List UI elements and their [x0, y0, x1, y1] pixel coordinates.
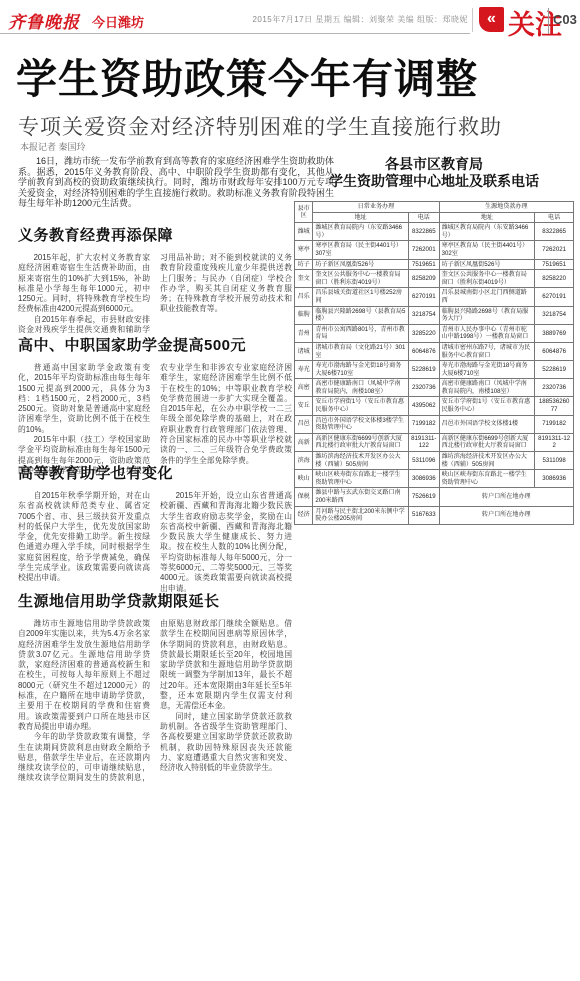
loan-address-cell: 奎文区公共服务中心一楼教育局窗口（胜利东街4019号） — [439, 270, 535, 288]
loan-merged-cell: 转户口所在地办理 — [439, 488, 573, 506]
byline: 本报记者 秦国玲 — [20, 140, 86, 153]
loan-address-cell: 高密市健康路南口（凤城中学南教育局院内，南楼108室） — [439, 379, 535, 397]
loan-phone-cell: 7519651 — [535, 259, 574, 270]
section-heading: 生源地信用助学贷款期限延长 — [18, 590, 292, 611]
district-cell: 经济 — [295, 506, 313, 524]
col-header-daily: 日常业务办理 — [313, 202, 439, 213]
loan-address-cell: 峡山区峡寿街东育路北一楼学生资助管理中心 — [439, 470, 535, 488]
daily-address-cell: 高新区健康东街6699号创新大厦西北楼行政审批大厅教育局窗口 — [313, 433, 409, 451]
table-row: 滨海潍坊滨海经济技术开发区办公大楼（西辅）505房间5311096潍坊滨海经济技… — [295, 452, 574, 470]
article-section: 生源地信用助学贷款期限延长 潍坊市生源地信用助学贷款政策自2009年实施以来，共… — [18, 590, 292, 784]
table-row: 临朐临朐县兴隆路2698号（县教育局5楼）3218754临朐县兴隆路2698号（… — [295, 306, 574, 324]
table-row: 坊子坊子新区凤凰街526号7519651坊子新区凤凰街526号7519651 — [295, 259, 574, 270]
col-header-tel: 电话 — [409, 212, 440, 223]
subtitle: 专项关爱资金对经济特别困难的学生直接施行救助 — [18, 111, 502, 141]
daily-phone-cell: 5228619 — [409, 361, 440, 379]
newspaper-page: 齐鲁晚报 今日潍坊 2015年7月17日 星期五 编辑：刘聚荣 美编 组版：郑晓… — [0, 0, 580, 981]
loan-phone-cell: 5311098 — [535, 452, 574, 470]
daily-phone-cell: 5167633 — [409, 506, 440, 524]
page-number: C03 — [553, 12, 577, 27]
edition-label: 今日潍坊 — [92, 12, 144, 31]
district-cell: 安丘 — [295, 397, 313, 415]
loan-merged-cell: 转户口所在地办理 — [439, 506, 573, 524]
lead-paragraph: 16日，潍坊市统一发布学前教育到高等教育的家庭经济困难学生资助救助体系。据悉，2… — [18, 156, 334, 209]
table-title-line1: 各县市区教育局 — [294, 156, 574, 173]
daily-phone-cell: 5311096 — [409, 452, 440, 470]
table-row: 昌邑昌邑市外国语学校文体楼3楼学生资助管理中心7199182昌邑市外国语学校文体… — [295, 415, 574, 433]
col-header-addr: 地址 — [313, 212, 409, 223]
table-row: 峡山峡山区峡寿街东育路北一楼学生资助管理中心3086936峡山区峡寿街东育路北一… — [295, 470, 574, 488]
loan-address-cell: 坊子新区凤凰街526号 — [439, 259, 535, 270]
header-rule — [0, 33, 470, 34]
table-row: 经济月河路与民主街北200米东侧中学院办公楼205房间5167633转户口所在地… — [295, 506, 574, 524]
daily-address-cell: 潍县中路与玄武东街交叉路口南200米路西 — [313, 488, 409, 506]
daily-phone-cell: 3218754 — [409, 306, 440, 324]
loan-address-cell: 青州市人民办事中心（青州市驼山中路1998号）一楼教育局窗口 — [439, 324, 535, 342]
daily-address-cell: 月河路与民主街北200米东侧中学院办公楼205房间 — [313, 506, 409, 524]
district-cell: 保税 — [295, 488, 313, 506]
loan-address-cell: 潍坊滨海经济技术开发区办公大楼（西辅）505房间 — [439, 452, 535, 470]
table-row: 青州青州市公寓西路801号，青州市教育局3285220青州市人民办事中心（青州市… — [295, 324, 574, 342]
daily-phone-cell: 4395062 — [409, 397, 440, 415]
daily-address-cell: 寒亭区教育局（民主街4401号）307室 — [313, 241, 409, 259]
district-cell: 峡山 — [295, 470, 313, 488]
loan-address-cell: 寒亭区教育局（民主街4401号）302室 — [439, 241, 535, 259]
loan-phone-cell: 8191311-122 — [535, 433, 574, 451]
daily-address-cell: 青州市公寓西路801号，青州市教育局 — [313, 324, 409, 342]
loan-address-cell: 安丘市学府街1号（安丘市教育惠民服务中心） — [439, 397, 535, 415]
district-cell: 高密 — [295, 379, 313, 397]
aid-contact-table: 县市区 日常业务办理 生源地贷款办理 地址 电话 地址 电话 潍城潍城区教育局院… — [294, 201, 574, 525]
paragraph: 潍坊市生源地信用助学贷款政策自2009年实施以来，共为5.4万余名家庭经济困难学… — [18, 619, 150, 732]
daily-address-cell: 坊子新区凤凰街526号 — [313, 259, 409, 270]
daily-phone-cell: 7519651 — [409, 259, 440, 270]
loan-phone-cell: 6064876 — [535, 342, 574, 360]
double-chevron-icon: « — [479, 7, 504, 32]
article-section: 高等教育助学也有变化 自2015年秋季学期开始，对在山东省高校就读师范类专业、属… — [18, 462, 292, 594]
section-body: 普通高中国家助学金政策有变化，2015年平均资助标准由每生每年1500元提高到2… — [18, 363, 292, 476]
daily-phone-cell: 3285220 — [409, 324, 440, 342]
daily-address-cell: 诸城市教育局（文化路21号）301室 — [313, 342, 409, 360]
table-row: 奎文奎文区公共服务中心一楼教育局窗口（胜利东街4019号）8258209奎文区公… — [295, 270, 574, 288]
section-heading: 义务教育经费再添保障 — [18, 224, 292, 245]
loan-address-cell: 诸城市密州东路7号，诸城市为民服务中心教育窗口 — [439, 342, 535, 360]
loan-address-cell: 寿光市渤海路与金光街18号商务大厦6楼710室 — [439, 361, 535, 379]
col-header-loan: 生源地贷款办理 — [439, 202, 573, 213]
daily-phone-cell: 6064876 — [409, 342, 440, 360]
pageno-divider — [548, 8, 549, 34]
table-row: 寒亭寒亭区教育局（民主街4401号）307室7262001寒亭区教育局（民主街4… — [295, 241, 574, 259]
daily-phone-cell: 8322865 — [409, 223, 440, 241]
headline: 学生资助政策今年有调整 — [16, 56, 564, 103]
paper-logo: 齐鲁晚报 — [8, 8, 80, 33]
district-cell: 高新 — [295, 433, 313, 451]
district-cell: 诸城 — [295, 342, 313, 360]
daily-address-cell: 潍坊滨海经济技术开发区办公大楼（西辅）505房间 — [313, 452, 409, 470]
loan-phone-cell: 5228619 — [535, 361, 574, 379]
article-section: 义务教育经费再添保障 2015年起，扩大农村义务教育家庭经济困难寄宿生生活费补助… — [18, 224, 292, 335]
district-cell: 寒亭 — [295, 241, 313, 259]
table-row: 寿光寿光市渤海路与金光街18号商务大厦6楼710室5228619寿光市渤海路与金… — [295, 361, 574, 379]
paragraph: 2015年起，扩大农村义务教育家庭经济困难寄宿生生活费补助面，由原来寄宿生的10… — [18, 253, 150, 315]
loan-phone-cell: 3086936 — [535, 470, 574, 488]
district-cell: 滨海 — [295, 452, 313, 470]
table-title-line2: 学生资助管理中心地址及联系电话 — [294, 173, 574, 190]
daily-phone-cell: 7262001 — [409, 241, 440, 259]
loan-phone-cell: 2320736 — [535, 379, 574, 397]
district-cell: 昌乐 — [295, 288, 313, 306]
article-section: 高中、中职国家助学金提高500元 普通高中国家助学金政策有变化，2015年平均资… — [18, 334, 292, 476]
daily-phone-cell: 7526619 — [409, 488, 440, 506]
loan-phone-cell: 7199182 — [535, 415, 574, 433]
loan-phone-cell: 3218754 — [535, 306, 574, 324]
aid-table-body: 潍城潍城区教育局院内（东安路3466号）8322865潍城区教育局院内（东安路3… — [295, 223, 574, 525]
district-cell: 寿光 — [295, 361, 313, 379]
loan-phone-cell: 7262021 — [535, 241, 574, 259]
section-heading: 高等教育助学也有变化 — [18, 462, 292, 483]
loan-address-cell: 昌邑市外国语学校文体楼1楼 — [439, 415, 535, 433]
daily-phone-cell: 8258209 — [409, 270, 440, 288]
daily-address-cell: 昌乐县城关街道社区1号楼252房间 — [313, 288, 409, 306]
loan-address-cell: 昌乐县城南街小区北门西侧道路西 — [439, 288, 535, 306]
table-row: 高密高密市健康路南口（凤城中学南教育局院内，南楼108室）2320736高密市健… — [295, 379, 574, 397]
daily-address-cell: 高密市健康路南口（凤城中学南教育局院内，南楼108室） — [313, 379, 409, 397]
table-row: 昌乐昌乐县城关街道社区1号楼252房间6270191昌乐县城南街小区北门西侧道路… — [295, 288, 574, 306]
daily-address-cell: 昌邑市外国语学校文体楼3楼学生资助管理中心 — [313, 415, 409, 433]
daily-address-cell: 潍城区教育局院内（东安路3466号） — [313, 223, 409, 241]
daily-address-cell: 安丘市学府街1号（安丘市教育惠民服务中心） — [313, 397, 409, 415]
section-body: 自2015年秋季学期开始，对在山东省高校就读师范类专业、属省定7005个省、市、… — [18, 491, 292, 594]
district-cell: 昌邑 — [295, 415, 313, 433]
district-cell: 潍城 — [295, 223, 313, 241]
district-cell: 青州 — [295, 324, 313, 342]
loan-phone-cell: 18853626077 — [535, 397, 574, 415]
daily-address-cell: 奎文区公共服务中心一楼教育局窗口（胜利东街4019号） — [313, 270, 409, 288]
district-cell: 临朐 — [295, 306, 313, 324]
table-title: 各县市区教育局 学生资助管理中心地址及联系电话 — [294, 156, 574, 190]
loan-phone-cell: 6270191 — [535, 288, 574, 306]
section-body: 2015年起，扩大农村义务教育家庭经济困难寄宿生生活费补助面，由原来寄宿生的10… — [18, 253, 292, 335]
daily-phone-cell: 2320736 — [409, 379, 440, 397]
loan-phone-cell: 8322865 — [535, 223, 574, 241]
district-cell: 坊子 — [295, 259, 313, 270]
header-divider — [472, 8, 473, 32]
col-header-tel: 电话 — [535, 212, 574, 223]
contact-table-box: 各县市区教育局 学生资助管理中心地址及联系电话 县市区 日常业务办理 生源地贷款… — [294, 156, 574, 525]
table-row: 保税潍县中路与玄武东街交叉路口南200米路西7526619转户口所在地办理 — [295, 488, 574, 506]
table-row: 潍城潍城区教育局院内（东安路3466号）8322865潍城区教育局院内（东安路3… — [295, 223, 574, 241]
paragraph: 2015年开始，设立山东省普通高校新疆、西藏和青海海北籍少数民族大学生省政府励志… — [160, 491, 292, 594]
daily-address-cell: 临朐县兴隆路2698号（县教育局5楼） — [313, 306, 409, 324]
col-header-region: 县市区 — [295, 202, 313, 223]
table-row: 安丘安丘市学府街1号（安丘市教育惠民服务中心）4395062安丘市学府街1号（安… — [295, 397, 574, 415]
daily-phone-cell: 8191311-122 — [409, 433, 440, 451]
daily-address-cell: 寿光市渤海路与金光街18号商务大厦6楼710室 — [313, 361, 409, 379]
daily-phone-cell: 7199182 — [409, 415, 440, 433]
paragraph: 同时，建立国家助学贷款还款救助机制。各省级学生资助管理部门、各高校要建立国家助学… — [160, 712, 292, 774]
loan-address-cell: 高新区健康东街6699号创新大厦西北楼行政审批大厅教育局窗口 — [439, 433, 535, 451]
loan-address-cell: 临朐县兴隆路2698号（教育局服务大厅） — [439, 306, 535, 324]
daily-phone-cell: 6270191 — [409, 288, 440, 306]
dateline: 2015年7月17日 星期五 编辑：刘聚荣 美编 组版：郑晓妮 — [252, 14, 468, 25]
table-row: 高新高新区健康东街6699号创新大厦西北楼行政审批大厅教育局窗口8191311-… — [295, 433, 574, 451]
daily-address-cell: 峡山区峡寿街东育路北一楼学生资助管理中心 — [313, 470, 409, 488]
paragraph: 自2015年秋季学期开始，对在山东省高校就读师范类专业、属省定7005个省、市、… — [18, 491, 150, 584]
loan-phone-cell: 8258220 — [535, 270, 574, 288]
loan-address-cell: 潍城区教育局院内（东安路3466号） — [439, 223, 535, 241]
district-cell: 奎文 — [295, 270, 313, 288]
col-header-addr: 地址 — [439, 212, 535, 223]
section-heading: 高中、中职国家助学金提高500元 — [18, 334, 292, 355]
loan-phone-cell: 3889769 — [535, 324, 574, 342]
daily-phone-cell: 3086936 — [409, 470, 440, 488]
paragraph: 普通高中国家助学金政策有变化，2015年平均资助标准由每生每年1500元提高到2… — [18, 363, 150, 435]
table-row: 诸城诸城市教育局（文化路21号）301室6064876诸城市密州东路7号，诸城市… — [295, 342, 574, 360]
section-body: 潍坊市生源地信用助学贷款政策自2009年实施以来，共为5.4万余名家庭经济困难学… — [18, 619, 292, 784]
paragraph: 16日，潍坊市统一发布学前教育到高等教育的家庭经济困难学生资助救助体系。据悉，2… — [18, 156, 334, 209]
